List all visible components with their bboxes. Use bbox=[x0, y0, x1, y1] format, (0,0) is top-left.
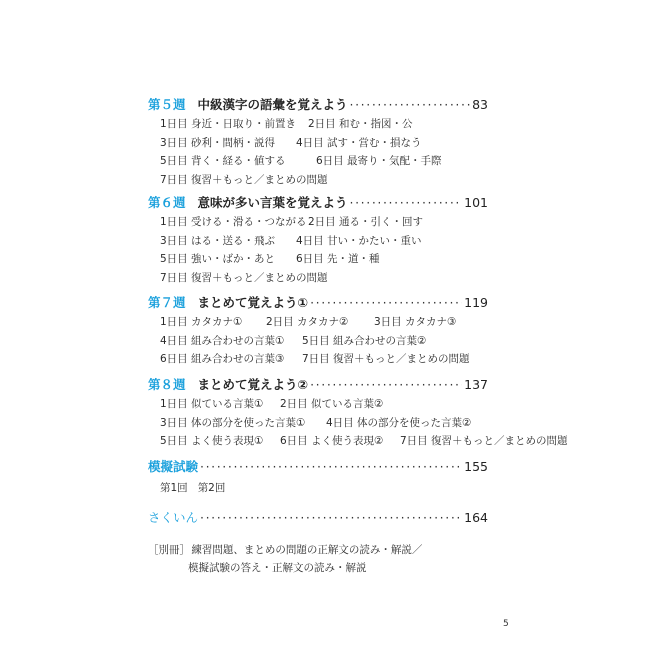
page-ref: 137 bbox=[464, 377, 488, 392]
toc-row: 6日目 組み合わせの言葉③ 7日目 復習＋もっと／まとめの問題 bbox=[160, 351, 488, 370]
toc-item: 6日目 よく使う表現② bbox=[280, 433, 380, 448]
toc-heading[interactable]: 第５週 中級漢字の語彙を覚えよう 83 bbox=[148, 95, 488, 111]
leader-dots bbox=[350, 97, 471, 112]
toc-heading[interactable]: 模擬試験 155 bbox=[148, 457, 488, 473]
toc-row: 1日目 受ける・滑る・つながる 2日目 通る・引く・回す bbox=[160, 214, 488, 233]
toc-item: 5日目 組み合わせの言葉② bbox=[302, 333, 426, 348]
page-ref: 155 bbox=[464, 459, 488, 474]
week-label: 第６週 bbox=[148, 193, 186, 211]
section-title: さくいん bbox=[148, 508, 198, 526]
section-title: まとめて覚えよう② bbox=[198, 375, 309, 393]
page-number: 5 bbox=[503, 619, 509, 629]
toc-item: 1日目 受ける・滑る・つながる bbox=[160, 214, 288, 229]
toc-section-week8: 第８週 まとめて覚えよう② 137 1日目 似ている言葉① 2日目 似ている言葉… bbox=[148, 375, 518, 452]
toc-page: 第５週 中級漢字の語彙を覚えよう 83 1日目 身近・日取り・前置き 2日目 和… bbox=[0, 0, 650, 650]
toc-row: 5日目 背く・経る・値する 6日目 最寄り・気配・手際 bbox=[160, 153, 488, 172]
toc-section-week5: 第５週 中級漢字の語彙を覚えよう 83 1日目 身近・日取り・前置き 2日目 和… bbox=[148, 95, 488, 190]
toc-row: 1日目 カタカナ① 2日目 カタカナ② 3日目 カタカナ③ bbox=[160, 314, 488, 333]
toc-row: 4日目 組み合わせの言葉① 5日目 組み合わせの言葉② bbox=[160, 333, 488, 352]
toc-item: 3日目 カタカナ③ bbox=[374, 314, 456, 329]
week-label: 第５週 bbox=[148, 95, 186, 113]
toc-heading[interactable]: さくいん 164 bbox=[148, 508, 488, 524]
toc-item: 3日目 砂利・間柄・説得 bbox=[160, 135, 276, 150]
toc-item: 2日目 似ている言葉② bbox=[280, 396, 383, 411]
toc-row: 7日目 復習＋もっと／まとめの問題 bbox=[160, 172, 488, 191]
toc-heading[interactable]: 第８週 まとめて覚えよう② 137 bbox=[148, 375, 488, 391]
toc-item: 1日目 カタカナ① bbox=[160, 314, 246, 329]
leader-dots bbox=[200, 459, 462, 474]
toc-item: 6日目 組み合わせの言葉③ bbox=[160, 351, 282, 366]
toc-item: 5日目 よく使う表現① bbox=[160, 433, 260, 448]
toc-item: 2日目 和む・指図・公 bbox=[308, 116, 413, 131]
toc-row: 3日目 体の部分を使った言葉① 4日目 体の部分を使った言葉② bbox=[160, 415, 518, 434]
toc-row: 1日目 似ている言葉① 2日目 似ている言葉② bbox=[160, 396, 518, 415]
section-title: 意味が多い言葉を覚えよう bbox=[198, 193, 348, 211]
toc-item: 2日目 カタカナ② bbox=[266, 314, 354, 329]
supplement-line-2: 模擬試験の答え・正解文の読み・解説 bbox=[148, 559, 422, 577]
toc-item: 第2回 bbox=[198, 480, 226, 495]
toc-row: 7日目 復習＋もっと／まとめの問題 bbox=[160, 270, 488, 289]
week-label: 第７週 bbox=[148, 293, 186, 311]
toc-row: 3日目 はる・送る・飛ぶ 4日目 甘い・かたい・重い bbox=[160, 233, 488, 252]
toc-section-index: さくいん 164 bbox=[148, 508, 488, 524]
toc-item: 7日目 復習＋もっと／まとめの問題 bbox=[160, 270, 328, 285]
toc-item: 7日目 復習＋もっと／まとめの問題 bbox=[160, 172, 328, 187]
supplement-note: ［別冊］ 練習問題、まとめの問題の正解文の読み・解説／ 模擬試験の答え・正解文の… bbox=[148, 541, 422, 577]
toc-item: 6日目 先・道・種 bbox=[296, 251, 380, 266]
toc-row: 1日目 身近・日取り・前置き 2日目 和む・指図・公 bbox=[160, 116, 488, 135]
toc-row: 5日目 よく使う表現① 6日目 よく使う表現② 7日目 復習＋もっと／まとめの問… bbox=[160, 433, 518, 452]
leader-dots bbox=[350, 195, 463, 210]
toc-item: 7日目 復習＋もっと／まとめの問題 bbox=[400, 433, 568, 448]
supplement-line-1: ［別冊］ 練習問題、まとめの問題の正解文の読み・解説／ bbox=[148, 541, 422, 559]
leader-dots bbox=[310, 377, 462, 392]
toc-item: 1日目 身近・日取り・前置き bbox=[160, 116, 288, 131]
week-label: 第８週 bbox=[148, 375, 186, 393]
toc-item: 3日目 体の部分を使った言葉① bbox=[160, 415, 306, 430]
toc-item: 5日目 背く・経る・値する bbox=[160, 153, 296, 168]
toc-heading[interactable]: 第７週 まとめて覚えよう① 119 bbox=[148, 293, 488, 309]
page-ref: 83 bbox=[472, 97, 488, 112]
toc-section-week6: 第６週 意味が多い言葉を覚えよう 101 1日目 受ける・滑る・つながる 2日目… bbox=[148, 193, 488, 288]
toc-item: 4日目 組み合わせの言葉① bbox=[160, 333, 282, 348]
section-title: まとめて覚えよう① bbox=[198, 293, 309, 311]
toc-section-week7: 第７週 まとめて覚えよう① 119 1日目 カタカナ① 2日目 カタカナ② 3日… bbox=[148, 293, 488, 370]
page-ref: 101 bbox=[464, 195, 488, 210]
page-ref: 119 bbox=[464, 295, 488, 310]
toc-item: 2日目 通る・引く・回す bbox=[308, 214, 423, 229]
toc-row: 3日目 砂利・間柄・説得 4日目 試す・営む・損なう bbox=[160, 135, 488, 154]
supplement-text: 練習問題、まとめの問題の正解文の読み・解説／ bbox=[191, 544, 422, 556]
toc-item: 3日目 はる・送る・飛ぶ bbox=[160, 233, 276, 248]
toc-row: 5日目 強い・ばか・あと 6日目 先・道・種 bbox=[160, 251, 488, 270]
supplement-tag: ［別冊］ bbox=[148, 541, 188, 559]
leader-dots bbox=[310, 295, 462, 310]
toc-row: 第1回 第2回 bbox=[160, 480, 488, 499]
leader-dots bbox=[200, 510, 462, 525]
toc-heading[interactable]: 第６週 意味が多い言葉を覚えよう 101 bbox=[148, 193, 488, 209]
toc-item: 6日目 最寄り・気配・手際 bbox=[316, 153, 442, 168]
toc-item: 1日目 似ている言葉① bbox=[160, 396, 260, 411]
toc-item: 5日目 強い・ばか・あと bbox=[160, 251, 276, 266]
section-title: 模擬試験 bbox=[148, 457, 198, 475]
page-ref: 164 bbox=[464, 510, 488, 525]
toc-item: 7日目 復習＋もっと／まとめの問題 bbox=[302, 351, 470, 366]
section-title: 中級漢字の語彙を覚えよう bbox=[198, 95, 348, 113]
toc-item: 4日目 甘い・かたい・重い bbox=[296, 233, 422, 248]
toc-item: 第1回 bbox=[160, 480, 188, 495]
toc-item: 4日目 体の部分を使った言葉② bbox=[326, 415, 471, 430]
toc-item: 4日目 試す・営む・損なう bbox=[296, 135, 422, 150]
toc-section-mock-exam: 模擬試験 155 第1回 第2回 bbox=[148, 457, 488, 499]
